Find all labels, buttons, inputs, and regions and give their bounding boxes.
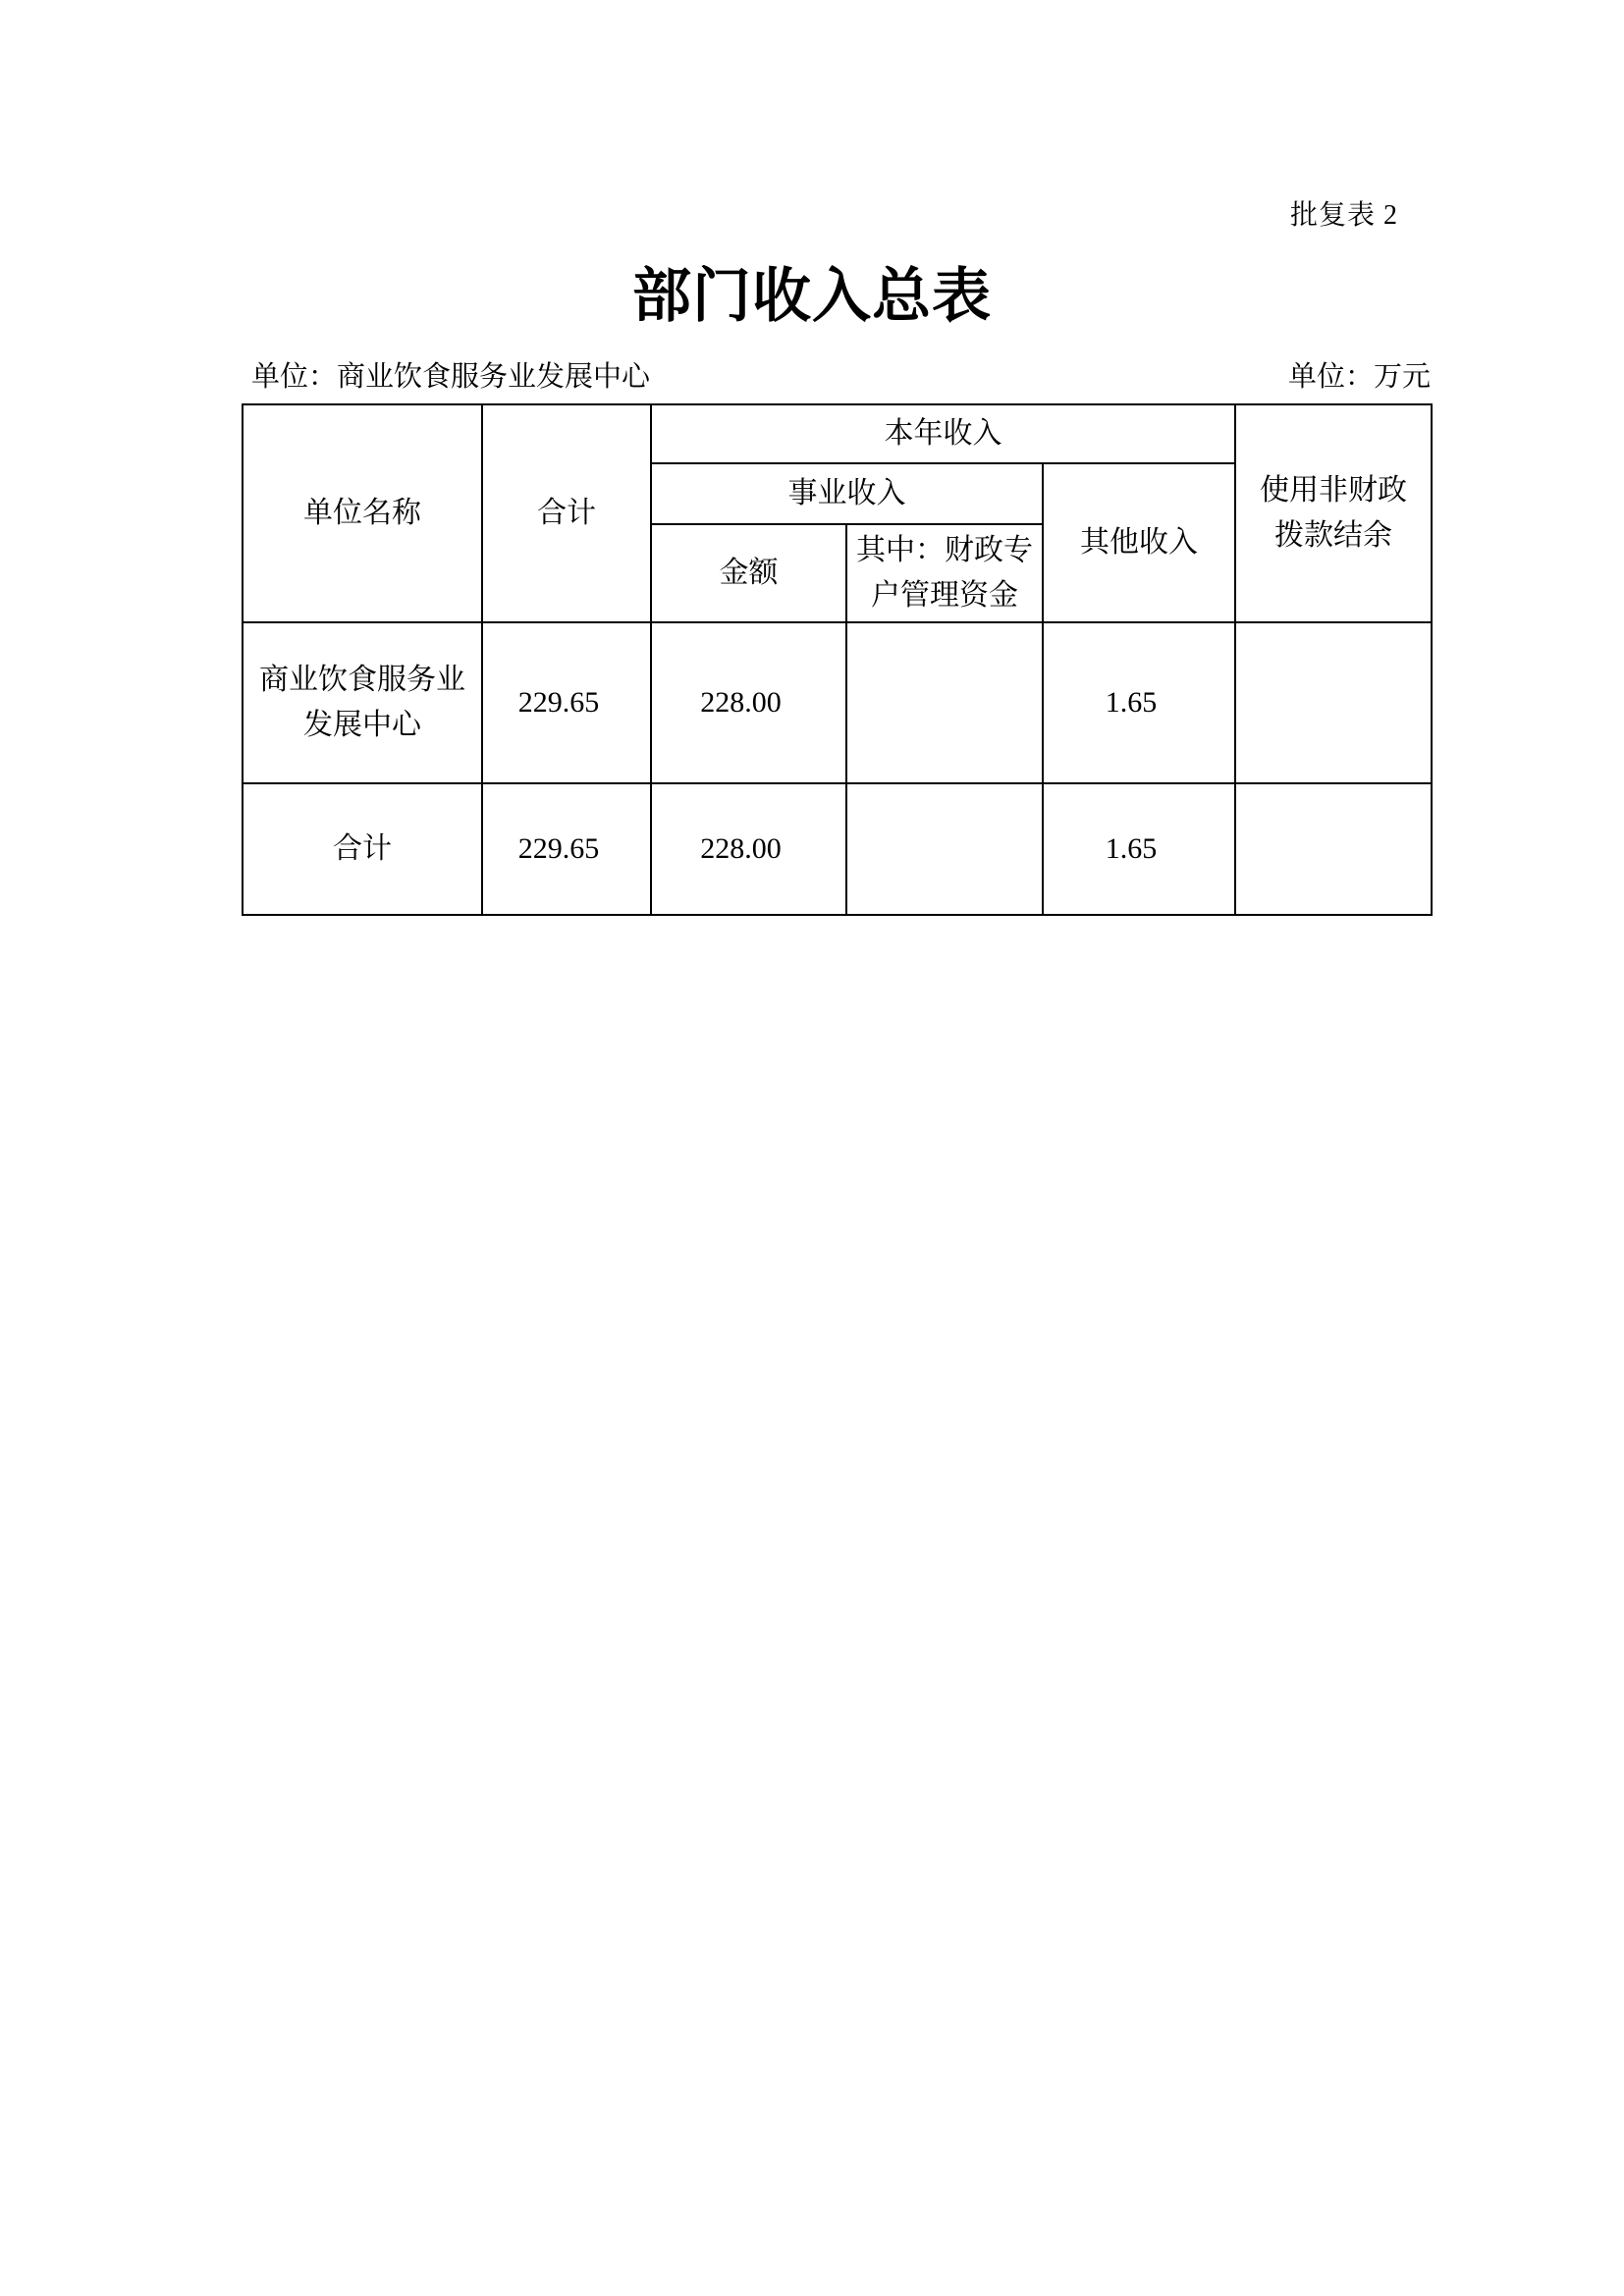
document-content: 单位：商业饮食服务业发展中心 单位：万元 单位名称 合计 本年收入 使用非财政拨…: [242, 359, 1431, 916]
table-row-unit: 商业饮食服务业发展中心 229.65 228.00 1.65: [243, 622, 1432, 783]
document-page: 批复表 2 部门收入总表 单位：商业饮食服务业发展中心 单位：万元 单位名称 合…: [0, 0, 1624, 2296]
header-other-income: 其他收入: [1043, 463, 1235, 622]
cell-other-income: 1.65: [1043, 622, 1235, 783]
corner-label: 批复表 2: [0, 198, 1398, 234]
header-non-fiscal-balance: 使用非财政拨款结余: [1235, 404, 1432, 622]
unit-name-caption: 单位：商业饮食服务业发展中心: [242, 359, 650, 395]
header-fiscal-special-funds: 其中：财政专户管理资金: [846, 524, 1043, 622]
cell-unit-name: 商业饮食服务业发展中心: [243, 622, 482, 783]
cell-fiscal-special: [846, 622, 1043, 783]
header-total: 合计: [482, 404, 651, 622]
unit-currency-caption: 单位：万元: [1288, 359, 1431, 395]
cell-unit-name: 合计: [243, 783, 482, 915]
page-title: 部门收入总表: [0, 261, 1624, 332]
header-current-year-income: 本年收入: [651, 404, 1235, 463]
header-business-income: 事业收入: [651, 463, 1043, 524]
header-unit-name: 单位名称: [243, 404, 482, 622]
cell-non-fiscal-balance: [1235, 783, 1432, 915]
cell-other-income: 1.65: [1043, 783, 1235, 915]
income-summary-table: 单位名称 合计 本年收入 使用非财政拨款结余 事业收入 其他收入 金额 其中：财…: [242, 403, 1433, 916]
table-row-total: 合计 229.65 228.00 1.65: [243, 783, 1432, 915]
cell-total: 229.65: [482, 622, 651, 783]
cell-non-fiscal-balance: [1235, 622, 1432, 783]
cell-fiscal-special: [846, 783, 1043, 915]
unit-caption-row: 单位：商业饮食服务业发展中心 单位：万元: [242, 359, 1431, 395]
cell-amount: 228.00: [651, 622, 846, 783]
cell-total: 229.65: [482, 783, 651, 915]
header-row-1: 单位名称 合计 本年收入 使用非财政拨款结余: [243, 404, 1432, 463]
header-amount: 金额: [651, 524, 846, 622]
cell-amount: 228.00: [651, 783, 846, 915]
